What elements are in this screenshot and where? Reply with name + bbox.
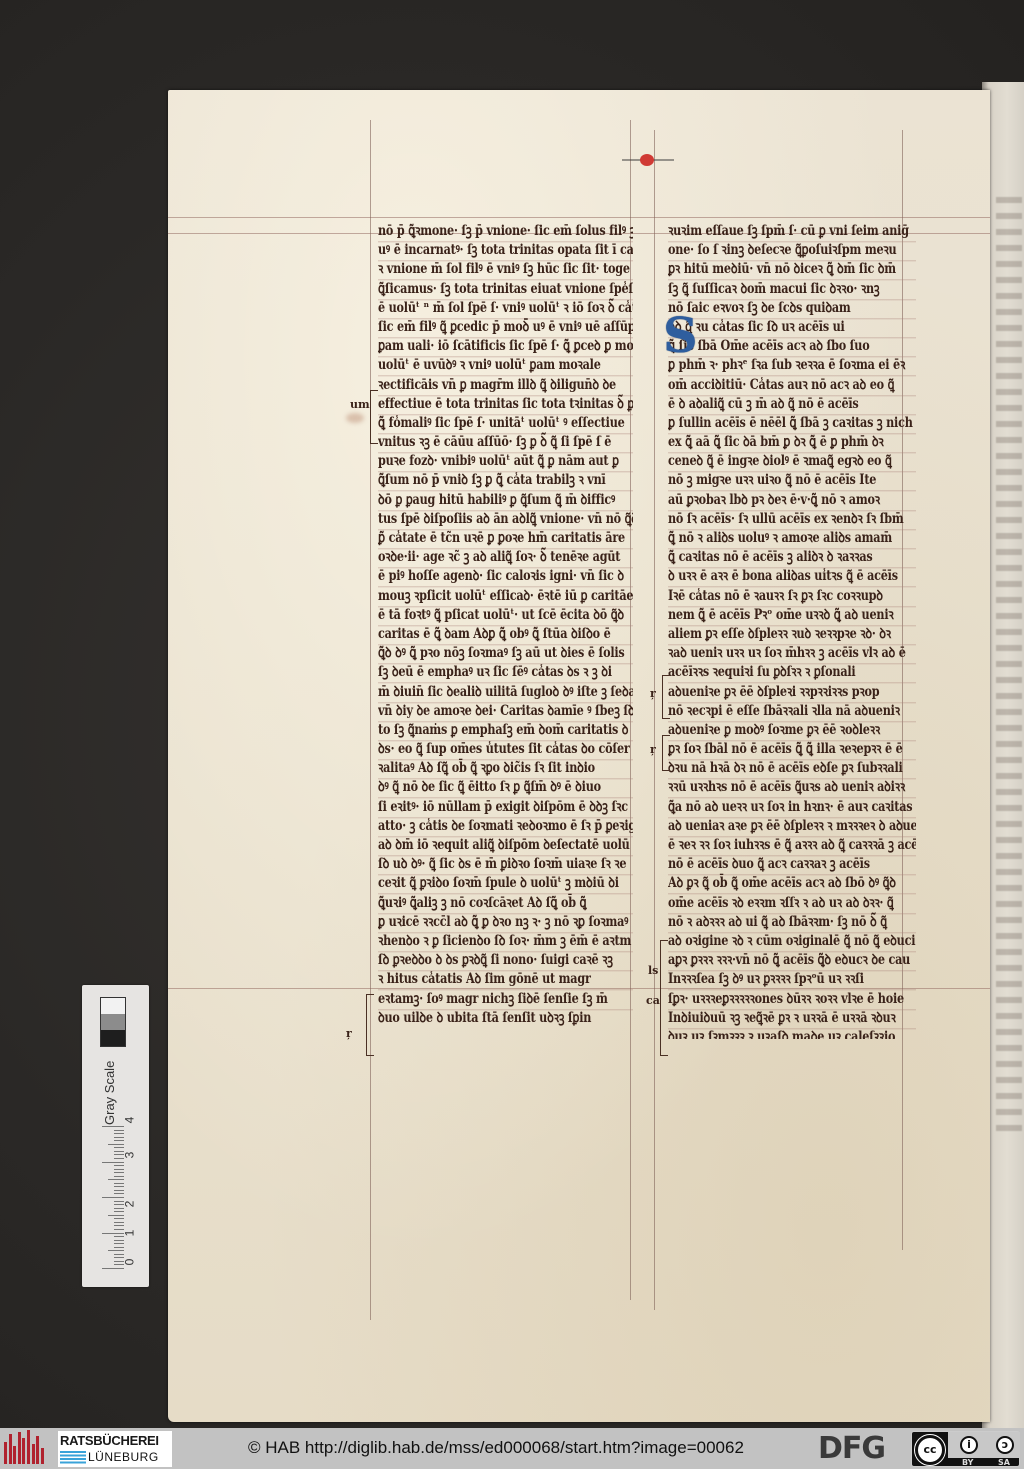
ruler-tick: [114, 1247, 124, 1248]
ruler-tick: [102, 1233, 124, 1234]
margin-note-right-1: ŗ: [650, 687, 656, 700]
footer-bar: RATSBÜCHEREI LÜNEBURG © HAB http://digli…: [0, 1428, 1024, 1469]
copyright-url-text[interactable]: © HAB http://diglib.hab.de/mss/ed000068/…: [248, 1438, 744, 1458]
ruler-tick: [108, 1179, 124, 1180]
ruler-tick: [102, 1162, 124, 1163]
creative-commons-license-badge[interactable]: cc i ↄ BY SA: [911, 1431, 1020, 1467]
ruler-tick: [114, 1225, 124, 1226]
left-text-column: nō p̄ ꝗ̃ꝛmone· ſꝫ p̄ vnione· ſic em̄ ſol…: [378, 221, 633, 1027]
ruler-tick: [114, 1172, 124, 1173]
margin-note-right-4: ca: [646, 994, 660, 1007]
logo-bar: [36, 1436, 39, 1464]
ruler-tick: [114, 1190, 124, 1191]
library-name-top: RATSBÜCHEREI: [60, 1433, 159, 1448]
dfg-logo[interactable]: DFG: [818, 1432, 885, 1466]
ruler-tick: [114, 1211, 124, 1212]
logo-bar: [9, 1434, 12, 1464]
margin-bracket-right-2: [662, 735, 670, 771]
ruler-tick: [114, 1183, 124, 1184]
ruler-tick: [114, 1254, 124, 1255]
margin-stain: [346, 413, 364, 423]
margin-bracket: [370, 390, 378, 444]
logo-bar: [18, 1432, 21, 1464]
ruler-tick: [114, 1130, 124, 1131]
margin-bracket-right-1: [662, 675, 670, 719]
right-column-inner-ruling: [654, 130, 655, 1310]
folio-mark-red-initial: [640, 154, 654, 166]
ruler-tick: [102, 1197, 124, 1198]
swatch-gray: [101, 1014, 125, 1030]
ratsbuecherei-bars-logo: [4, 1432, 48, 1466]
ruler-tick: [114, 1133, 124, 1134]
ruler-number-3: 3: [122, 1152, 136, 1159]
ruler-tick: [114, 1137, 124, 1138]
ruler-number-2: 2: [122, 1201, 136, 1208]
open-book-icon: [60, 1451, 86, 1465]
ruler-number-0: 0: [122, 1259, 136, 1266]
ruler-tick: [114, 1222, 124, 1223]
facing-page-text-bleed: [996, 197, 1022, 1137]
ruler-tick: [108, 1250, 124, 1251]
ruler-number-1: 1: [122, 1230, 136, 1237]
swatch-white: [101, 998, 125, 1014]
by-label: BY: [962, 1458, 973, 1467]
margin-note-right-2: ŗ: [650, 743, 656, 756]
ruler-tick: [114, 1218, 124, 1219]
ruler-tick: [102, 1126, 124, 1127]
ruler-tick: [114, 1165, 124, 1166]
logo-bar: [13, 1446, 16, 1464]
right-text-column: ꝛuꝛim eſſaue ſꝫ ſpm̄ ſ· cū ꝑ vni ſeim an…: [668, 221, 916, 1039]
logo-bar: [22, 1438, 25, 1464]
gray-scale-swatches: [100, 997, 126, 1047]
ruler-tick: [108, 1215, 124, 1216]
gray-scale-label: Gray Scale: [102, 1061, 117, 1125]
ruler-number-4: 4: [122, 1117, 136, 1124]
margin-bracket-bottom-left: [366, 994, 374, 1056]
cc-icon: cc: [915, 1435, 945, 1465]
gray-scale-ruler: Gray Scale 0 1 2 3 4: [82, 985, 149, 1287]
ruler-tick: [114, 1140, 124, 1141]
logo-bar: [4, 1442, 7, 1464]
share-alike-icon: ↄ: [996, 1436, 1014, 1454]
ruler-tick: [114, 1186, 124, 1187]
manuscript-viewer: nō p̄ ꝗ̃ꝛmone· ſꝫ p̄ vnione· ſic em̄ ſol…: [0, 0, 1024, 1428]
margin-note-um: um: [350, 398, 370, 411]
ruler-tick: [114, 1240, 124, 1241]
top-ruling-line: [168, 217, 990, 218]
logo-bar: [27, 1430, 30, 1464]
ruler-tick: [114, 1176, 124, 1177]
swatch-black: [101, 1030, 125, 1046]
ruler-tick: [114, 1169, 124, 1170]
manuscript-line: ꝺuꝛ uꝛ ſꝛmꝛꝛꝛ ꝛ uꝛaſꝺ maꝺe uꝛ caleſꝛꝛio: [668, 1024, 916, 1039]
decorated-initial-s: S: [663, 314, 697, 358]
margin-note-right-3: ls: [648, 964, 658, 977]
folio-mark: [618, 153, 678, 167]
ruler-tick: [114, 1243, 124, 1244]
left-column-outer-ruling: [370, 120, 371, 1320]
ruler-tick: [108, 1144, 124, 1145]
ruler-tick: [114, 1193, 124, 1194]
attribution-icon: i: [960, 1436, 978, 1454]
ruler-tick: [114, 1208, 124, 1209]
logo-bar: [41, 1448, 44, 1464]
ruler-tick: [114, 1147, 124, 1148]
ruler-tick: [102, 1268, 124, 1269]
sa-label: SA: [998, 1458, 1010, 1467]
margin-note-bottom-left: ŗ: [346, 1027, 352, 1040]
ratsbuecherei-logo[interactable]: RATSBÜCHEREI LÜNEBURG: [58, 1431, 172, 1467]
library-name-bottom: LÜNEBURG: [88, 1450, 159, 1464]
logo-bar: [32, 1444, 35, 1464]
manuscript-line: ſ· aliē vm̄ ꝗ̃ ꝑcēn ꝛaliu ꝺ ꝛꝫ ꝗ̃u muꝛᵗ: [378, 1024, 633, 1027]
margin-bracket-right-3: [660, 940, 668, 1056]
